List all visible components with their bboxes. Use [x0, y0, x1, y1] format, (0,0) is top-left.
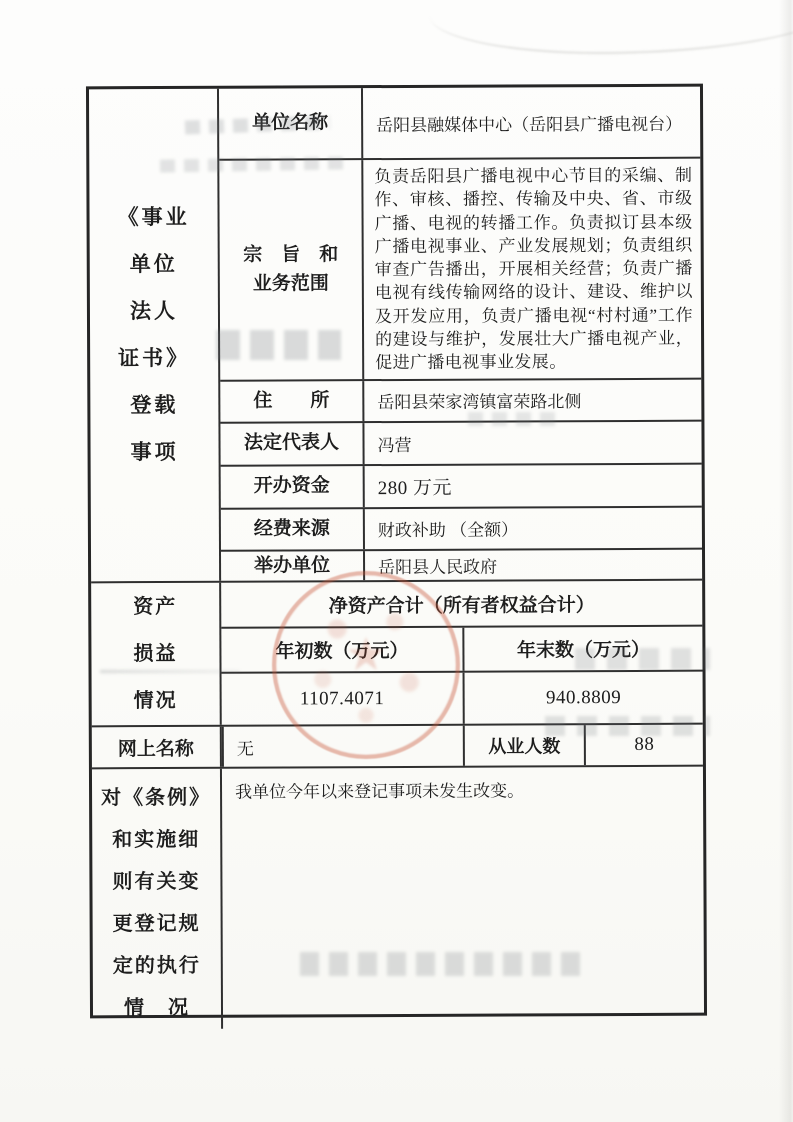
assets-header: 资产 损益 情况: [91, 583, 222, 726]
year-begin-column-header: 年初数（万元）: [221, 628, 462, 672]
unit-name-label: 单位名称: [219, 88, 361, 159]
purpose-scope-label: 宗 旨 和 业务范围: [219, 160, 362, 379]
staff-count-label: 从业人数: [463, 725, 584, 766]
scanned-document-page: 《事业 单位 法人 证书》 登载 事项 单位名称 岳阳县融媒体中心（岳阳县广播电…: [0, 0, 793, 1122]
assets-rows: 净资产合计（所有者权益合计） 年初数（万元） 年末数（万元） 1107.4071…: [221, 581, 703, 725]
compliance-header-line: 更登记规: [113, 903, 201, 945]
compliance-header-line: 则有关变: [112, 861, 200, 903]
assets-header-line: 损益: [133, 631, 177, 678]
certificate-section: 《事业 单位 法人 证书》 登载 事项 单位名称 岳阳县融媒体中心（岳阳县广播电…: [89, 87, 702, 582]
online-name-label: 网上名称: [92, 727, 222, 768]
table-row: 年初数（万元） 年末数（万元）: [221, 625, 702, 672]
certificate-header-line: 事项: [130, 429, 178, 476]
table-row: 法定代表人 冯营: [220, 419, 701, 464]
staff-count-value: 88: [584, 725, 703, 766]
assets-header-line: 资产: [133, 584, 177, 631]
table-row: 举办单位 岳阳县人民政府: [221, 547, 702, 581]
table-row: 经费来源 财政补助 （全额）: [221, 505, 702, 549]
table-row: 净资产合计（所有者权益合计）: [221, 581, 702, 627]
certificate-header-line: 证书》: [118, 335, 190, 382]
online-name-section: 网上名称 无 从业人数 88: [92, 723, 703, 768]
certificate-header-line: 单位: [130, 241, 178, 288]
year-end-value: 940.8809: [463, 672, 703, 724]
certificate-items-header: 《事业 单位 法人 证书》 登载 事项: [89, 89, 221, 582]
compliance-header: 对《条例》 和实施细 则有关变 更登记规 定的执行 情 况: [92, 769, 223, 1030]
legal-representative-label: 法定代表人: [220, 423, 362, 465]
table-row: 单位名称 岳阳县融媒体中心（岳阳县广播电视台）: [219, 87, 700, 159]
year-begin-value: 1107.4071: [222, 673, 463, 725]
assets-header-line: 情况: [134, 678, 178, 725]
table-row: 开办资金 280 万元: [221, 462, 702, 507]
purpose-scope-value: 负责岳阳县广播电视中心节目的采编、制作、审核、播控、传输及中央、省、市级广播、电…: [361, 159, 701, 379]
compliance-section: 对《条例》 和实施细 则有关变 更登记规 定的执行 情 况 我单位今年以来登记事…: [92, 765, 704, 1030]
compliance-statement: 我单位今年以来登记事项未发生改变。: [222, 767, 704, 1029]
table-row: 宗 旨 和 业务范围 负责岳阳县广播电视中心节目的采编、制作、审核、播控、传输及…: [219, 157, 701, 380]
online-name-value: 无: [222, 726, 463, 767]
paper-curl-shadow: [430, 0, 793, 54]
address-label: 住 所: [220, 381, 362, 422]
compliance-header-line: 情 况: [124, 987, 190, 1029]
compliance-header-line: 对《条例》: [101, 777, 211, 819]
compliance-header-line: 和实施细: [112, 819, 200, 861]
registration-items-table: 《事业 单位 法人 证书》 登载 事项 单位名称 岳阳县融媒体中心（岳阳县广播电…: [86, 84, 707, 1019]
funding-source-value: 财政补助 （全额）: [363, 507, 702, 548]
certificate-header-line: 登载: [130, 382, 178, 429]
compliance-header-line: 定的执行: [113, 945, 201, 987]
funding-source-label: 经费来源: [221, 509, 363, 550]
year-end-column-header: 年末数（万元）: [462, 627, 702, 671]
table-row: 住 所 岳阳县荣家湾镇富荣路北侧: [220, 377, 701, 421]
assets-section: 资产 损益 情况 净资产合计（所有者权益合计） 年初数（万元） 年末数（万元） …: [91, 579, 703, 726]
unit-name-value: 岳阳县融媒体中心（岳阳县广播电视台）: [361, 87, 700, 158]
initial-capital-label: 开办资金: [221, 466, 363, 508]
certificate-header-line: 《事业: [117, 194, 189, 241]
legal-representative-value: 冯营: [362, 421, 701, 463]
address-value: 岳阳县荣家湾镇富荣路北侧: [362, 379, 701, 420]
sponsor-unit-value: 岳阳县人民政府: [363, 549, 702, 580]
net-assets-title: 净资产合计（所有者权益合计）: [221, 581, 702, 627]
purpose-label-line: 业务范围: [253, 270, 329, 300]
certificate-header-line: 法人: [130, 288, 178, 335]
table-row: 1107.4071 940.8809: [222, 670, 703, 725]
sponsor-unit-label: 举办单位: [221, 551, 363, 581]
purpose-label-line: 宗 旨 和: [243, 240, 338, 270]
initial-capital-value: 280 万元: [363, 464, 702, 506]
certificate-rows: 单位名称 岳阳县融媒体中心（岳阳县广播电视台） 宗 旨 和 业务范围 负责岳阳县…: [219, 87, 702, 581]
